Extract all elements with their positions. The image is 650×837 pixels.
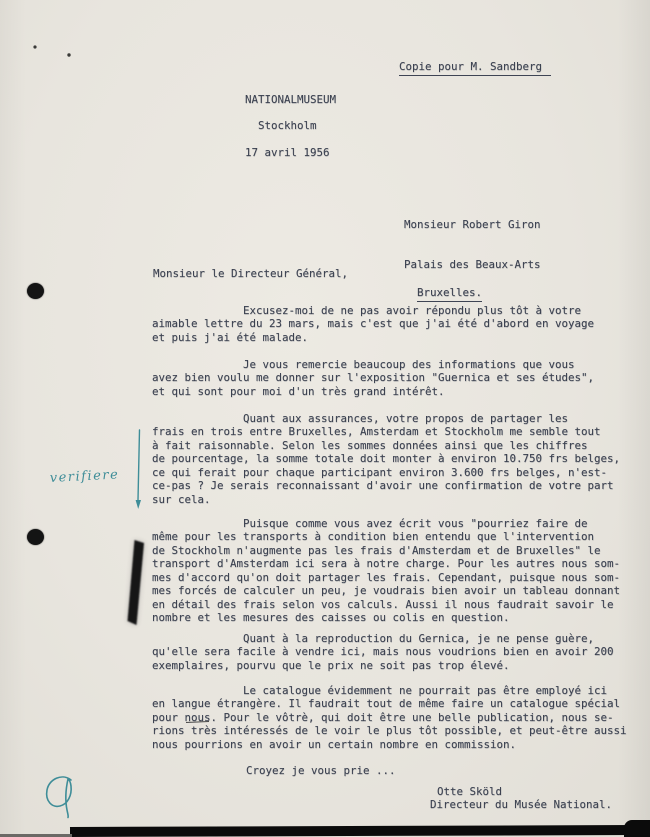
salutation: Monsieur le Directeur Général, — [153, 267, 348, 280]
closing-formula: Croyez je vous prie ... — [246, 764, 396, 777]
handwritten-verification-note: verifiere — [49, 467, 119, 486]
paragraph-insurance-costs: Quant aux assurances, votre propos de pa… — [152, 412, 620, 506]
letterhead-city: Stockholm — [258, 119, 317, 132]
margin-arrow-line — [136, 430, 141, 509]
recipient-address: Monsieur Robert Giron Palais des Beaux-A… — [404, 191, 541, 302]
paper-speck — [33, 45, 36, 48]
signature-name: Otte Sköld — [437, 785, 502, 798]
paragraph-catalogue: Le catalogue évidemment ne pourrait pas … — [152, 684, 627, 751]
punch-hole-top — [27, 283, 44, 299]
recipient-city: Bruxelles. — [417, 286, 482, 301]
scan-edge-corner — [624, 820, 650, 837]
recipient-institution: Palais des Beaux-Arts — [404, 258, 541, 271]
paragraph-apology: Excusez-moi de ne pas avoir répondu plus… — [152, 304, 594, 344]
margin-emphasis-mark — [128, 540, 145, 625]
punch-hole-bottom — [27, 529, 44, 545]
signature-title: Directeur du Musée National. — [430, 798, 612, 811]
scanned-letter: { "colors": { "paper": "#e8e5de", "typew… — [0, 0, 650, 837]
letter-date: 17 avril 1956 — [245, 146, 330, 159]
copy-annotation: Copie pour M. Sandberg — [399, 60, 551, 76]
paper-speck — [67, 53, 70, 56]
paragraph-transport: Puisque comme vous avez écrit vous "pour… — [152, 517, 620, 625]
letterhead-organization: NATIONALMUSEUM — [245, 93, 336, 106]
scan-edge-bottom — [70, 825, 650, 837]
recipient-name: Monsieur Robert Giron — [404, 218, 541, 231]
paragraph-reproduction: Quant à la reproduction du Gernica, je n… — [152, 632, 614, 672]
paragraph-thanks-guernica: Je vous remercie beaucoup des informatio… — [152, 358, 594, 398]
handwritten-initials — [47, 777, 71, 818]
